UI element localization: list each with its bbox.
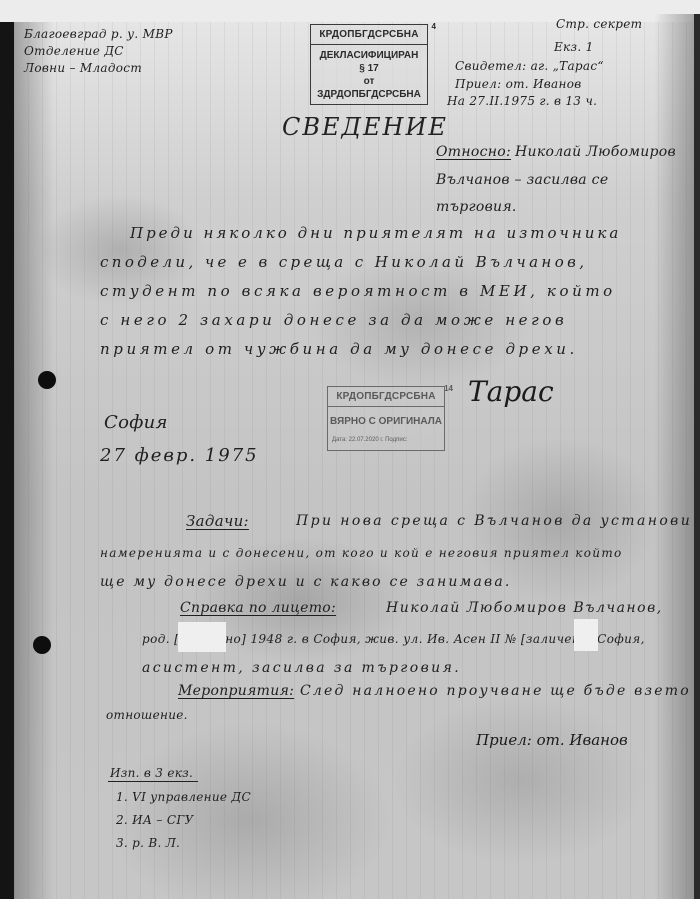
declassified-stamp: 4 КРДОПБГДСРСБНА ДЕКЛАСИФИЦИРАН § 17 от … [310, 24, 428, 105]
subject-label: Относно: [436, 144, 511, 160]
scan-right-edge [694, 14, 700, 899]
distribution-item: 3. р. В. Л. [116, 836, 180, 850]
top-left-note-line: Отделение ДС [24, 44, 124, 58]
measures-line: отношение. [106, 708, 188, 722]
stamp-corner-number: 4 [432, 22, 436, 31]
stamp-line: ВЯРНО С ОРИГИНАЛА [330, 415, 442, 428]
punch-hole-bottom [33, 636, 51, 654]
stamp-corner-number: 14 [444, 384, 453, 393]
distribution-item: 2. ИА – СГУ [116, 813, 194, 827]
stamp-body: ДЕКЛАСИФИЦИРАН § 17 от ЗДРДОПБГДСРСБНА [311, 45, 427, 104]
body-line: Преди няколко дни приятелят на източника [130, 224, 660, 242]
subject-text: Николай Любомиров [515, 144, 676, 160]
stamp-line: от ЗДРДОПБГДСРСБНА [313, 75, 425, 101]
place: София [104, 412, 168, 433]
distribution-item: 1. VI управление ДС [116, 790, 251, 804]
stamp-line: ДЕКЛАСИФИЦИРАН [313, 49, 425, 62]
top-right-note-line: Свидетел: аг. „Тарас“ [455, 59, 604, 73]
stamp-body: ВЯРНО С ОРИГИНАЛА Дата: 22.07.2020 г. По… [328, 407, 444, 450]
top-right-note-line: Стр. секрет [556, 17, 642, 31]
measures-label: Мероприятия: [178, 683, 294, 699]
body-line: с него 2 захари донесе за да може негов [100, 311, 567, 329]
body-line: студент по всяка вероятност в МЕИ, който [100, 282, 616, 300]
reference-line: асистент, засилва за търговия. [142, 660, 461, 676]
reference-line: Николай Любомиров Вълчанов, [386, 600, 663, 616]
officer-signature: Приел: от. Иванов [476, 731, 628, 749]
punch-hole-top [38, 371, 56, 389]
date: 27 февр. 1975 [100, 445, 259, 466]
tasks-line: намеренията и с донесени, от кого и кой … [100, 546, 623, 560]
body-line: сподели, че е в среща с Николай Вълчанов… [100, 253, 587, 271]
subject-text: Вълчанов – засилва се [436, 172, 608, 188]
top-left-note-line: Благоевград р. у. МВР [24, 27, 173, 41]
certified-copy-stamp: 14 КРДОПБГДСРСБНА ВЯРНО С ОРИГИНАЛА Дата… [327, 386, 445, 451]
top-right-note-line: Екз. 1 [554, 40, 594, 54]
document-page: Благоевград р. у. МВР Отделение ДС Ловни… [0, 0, 700, 899]
stamp-line: § 17 [313, 62, 425, 75]
stamp-header: КРДОПБГДСРСБНА [311, 25, 427, 45]
measures-line: След налноено проучване ще бъде взето [300, 683, 691, 699]
tasks-line: ще му донесе дрехи и с какво се занимава… [100, 574, 512, 590]
reference-label: Справка по лицето: [180, 600, 336, 616]
top-right-note-line: На 27.II.1975 г. в 13 ч. [447, 94, 597, 108]
tasks-line: При нова среща с Вълчанов да установи [296, 513, 692, 529]
scan-left-shadow [14, 22, 54, 899]
redaction-address-number [574, 619, 598, 651]
subject-text: търговия. [436, 199, 517, 215]
distribution-underline [108, 781, 198, 782]
distribution-label: Изп. в 3 екз. [110, 766, 193, 780]
agent-signature: Тарас [468, 375, 554, 408]
top-left-note-line: Ловни – Младост [24, 61, 142, 75]
stamp-footer: Дата: 22.07.2020 г. Подпис: [330, 434, 442, 447]
document-title: СВЕДЕНИЕ [282, 113, 448, 141]
tasks-label: Задачи: [186, 512, 249, 530]
redaction-birthdate [178, 622, 226, 652]
stamp-header: КРДОПБГДСРСБНА [328, 387, 444, 407]
body-line: приятел от чужбина да му донесе дрехи. [100, 340, 578, 358]
scan-left-edge [0, 22, 14, 899]
top-right-note-line: Приел: от. Иванов [455, 77, 582, 91]
